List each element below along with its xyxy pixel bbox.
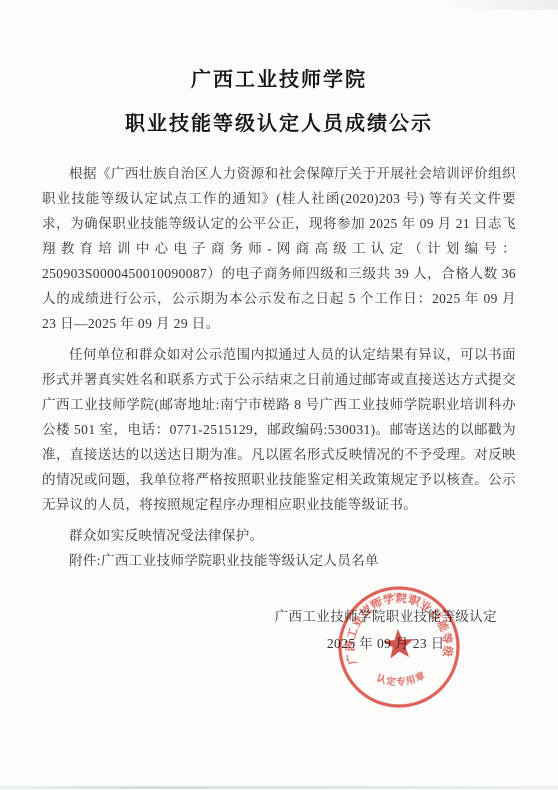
- scanned-notice-page: 广西工业技师学院 职业技能等级认定人员成绩公示 根据《广西壮族自治区人力资源和社…: [0, 0, 558, 790]
- seal-bottom-text: 认定专用章: [374, 669, 428, 690]
- paragraph-objection: 任何单位和群众如对公示范围内拟通过人员的认定结果有异议，可以书面形式并署真实姓名…: [42, 342, 516, 517]
- document-title: 广西工业技师学院 职业技能等级认定人员成绩公示: [0, 0, 558, 136]
- seal-ring-text: 广西工业技师学院职业技能等级: [339, 587, 456, 666]
- seal-star-icon: [383, 628, 415, 659]
- official-seal: 4501000001095 广西工业技师学院职业技能等级 认定专用章: [328, 576, 469, 719]
- paragraph-attachment: 附件:广西工业技师学院职业技能等级认定人员名单: [42, 548, 516, 573]
- title-line-2: 职业技能等级认定人员成绩公示: [0, 112, 558, 136]
- title-line-1: 广西工业技师学院: [0, 68, 558, 92]
- scan-artifact-bottom: [0, 786, 558, 789]
- scan-artifact-top: [438, 0, 558, 10]
- paragraph-protection: 群众如实反映情况受法律保护。: [42, 523, 516, 548]
- notice-body: 根据《广西壮族自治区人力资源和社会保障厅关于开展社会培训评价组织职业技能等级认定…: [42, 161, 516, 573]
- paragraph-basis: 根据《广西壮族自治区人力资源和社会保障厅关于开展社会培训评价组织职业技能等级认定…: [42, 161, 516, 336]
